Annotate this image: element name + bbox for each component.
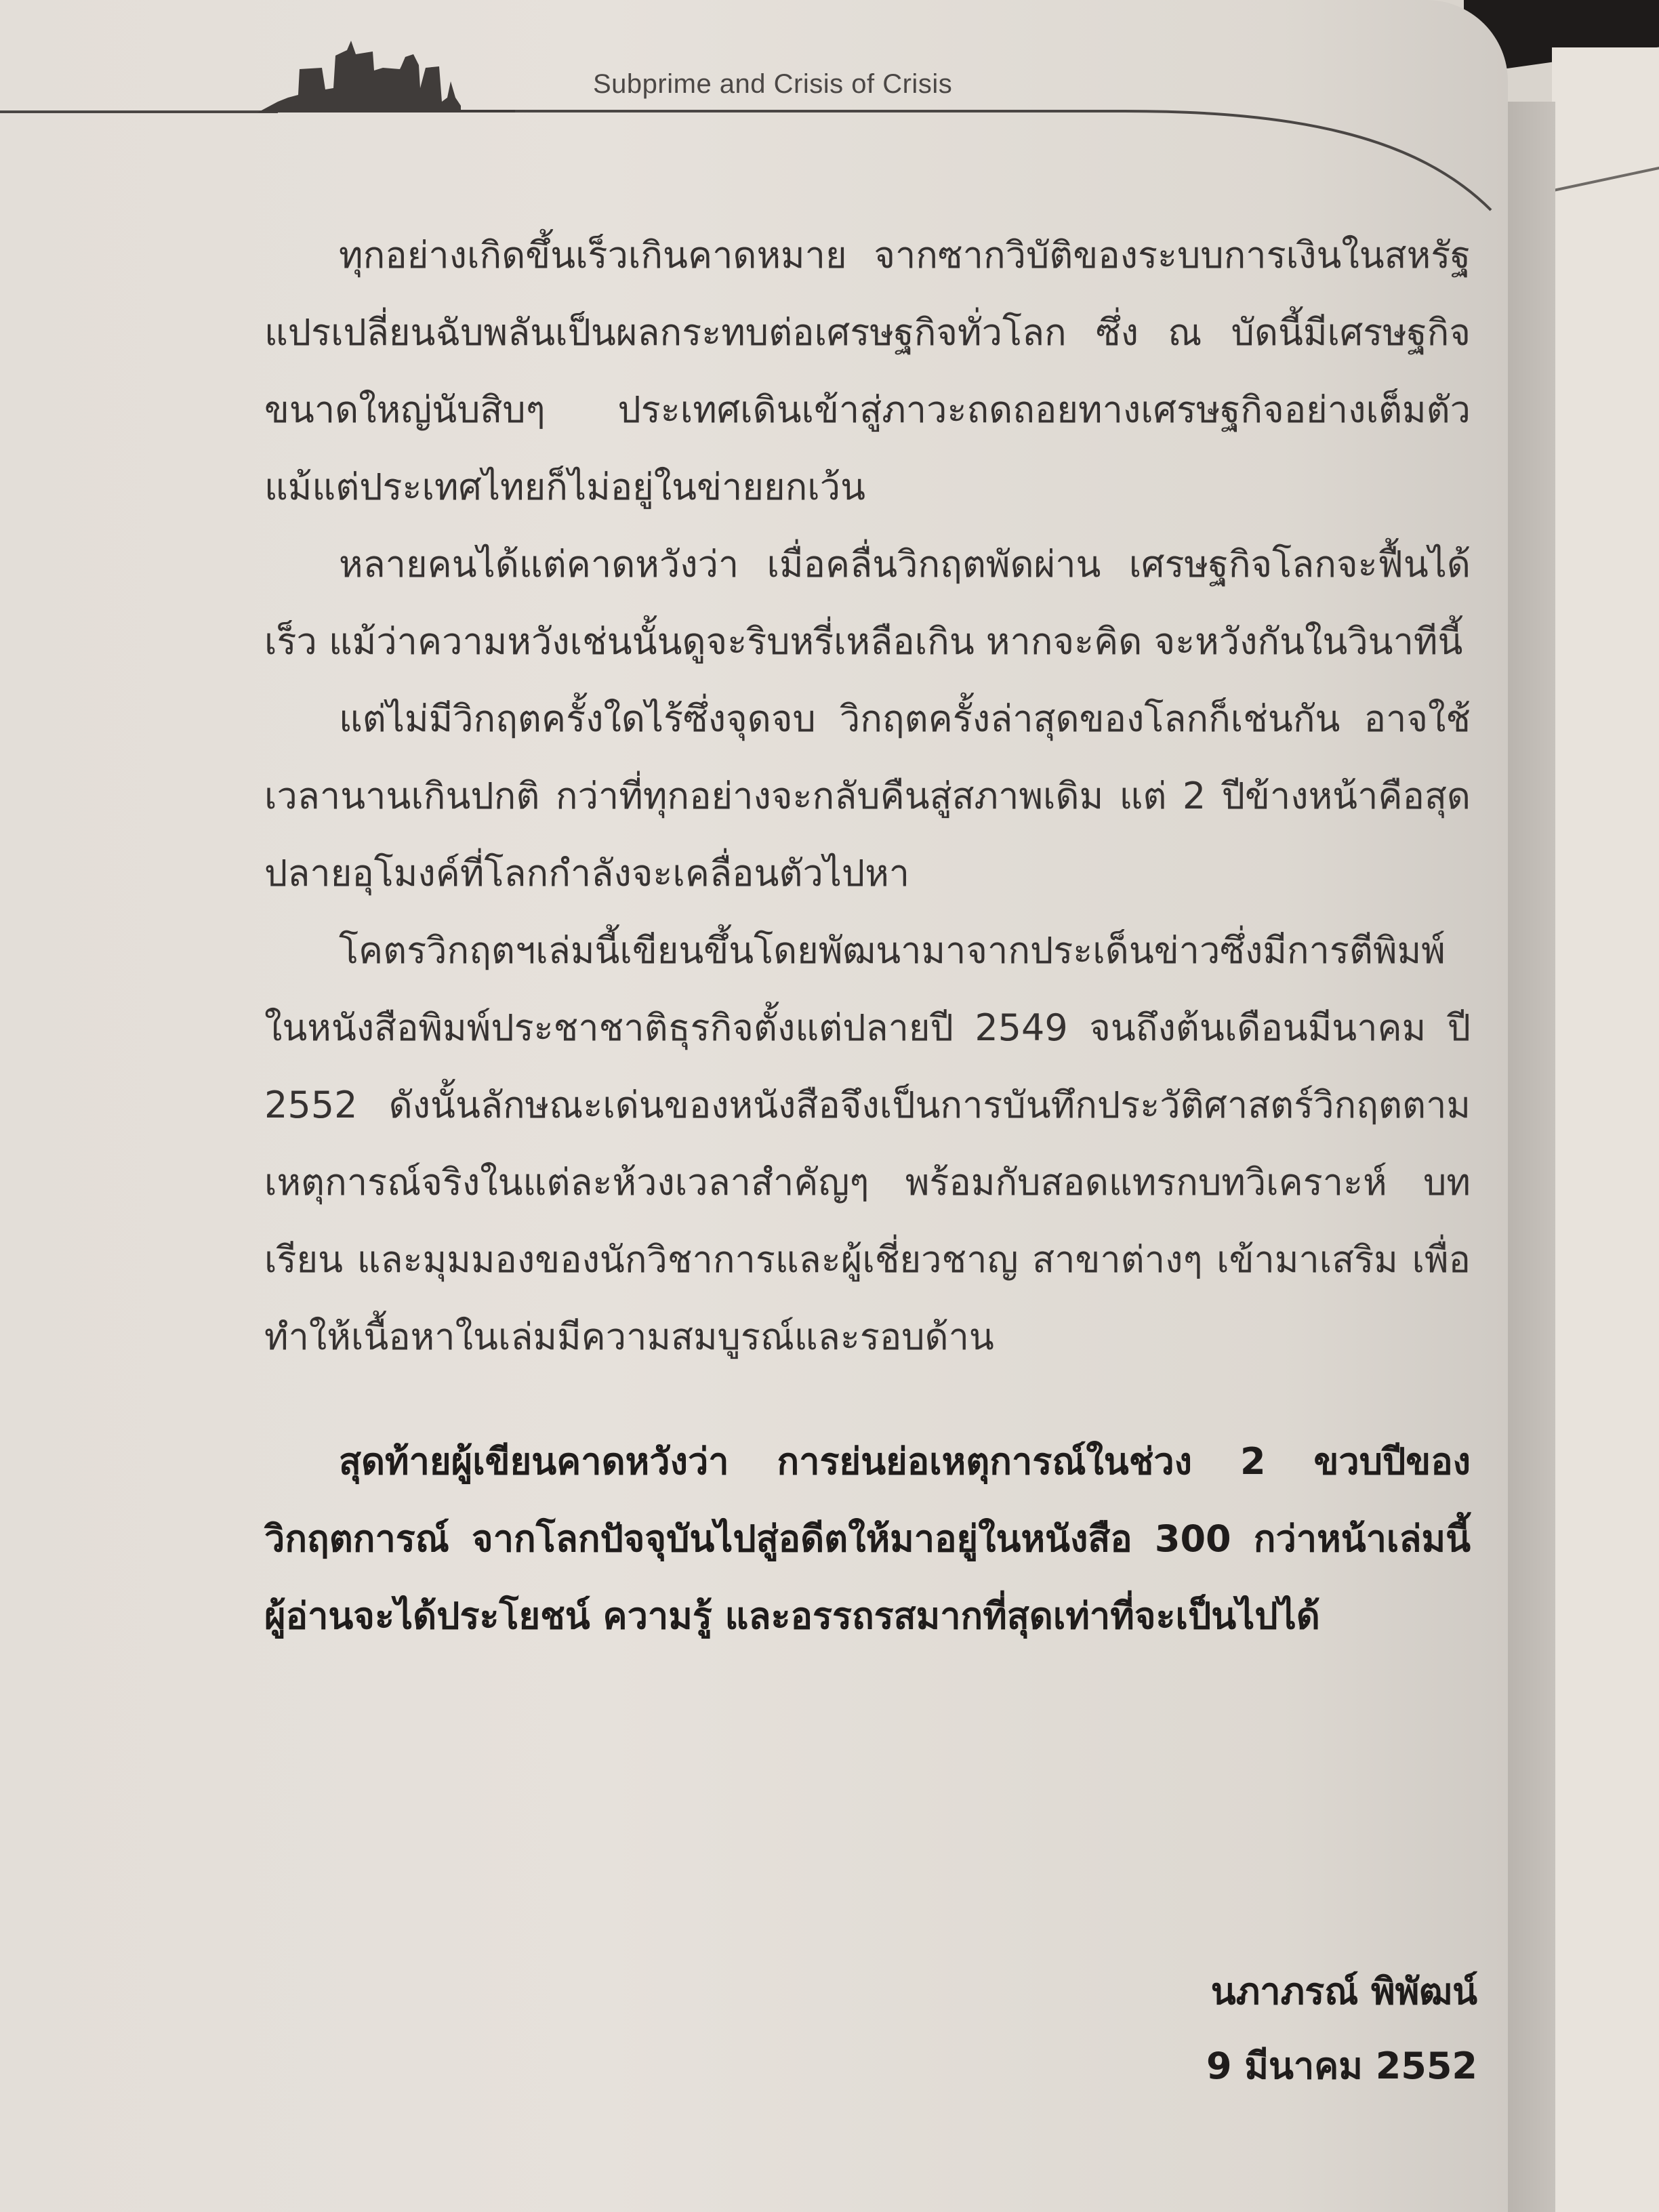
signature-date: 9 มีนาคม 2552 bbox=[1098, 2036, 1477, 2095]
paragraph-1: ทุกอย่างเกิดขึ้นเร็วเกินคาดหมาย จากซากวิ… bbox=[264, 217, 1471, 526]
page-edge-shadow bbox=[1508, 102, 1555, 2212]
author-name: นภาภรณ์ พิพัฒน์ bbox=[1098, 1962, 1477, 2020]
running-header: Subprime and Crisis of Crisis bbox=[0, 0, 1508, 203]
preface-body: ทุกอย่างเกิดขึ้นเร็วเกินคาดหมาย จากซากวิ… bbox=[264, 217, 1471, 1655]
closing-paragraph: สุดท้ายผู้เขียนคาดหวังว่า การย่นย่อเหตุก… bbox=[264, 1423, 1471, 1655]
paragraph-3: แต่ไม่มีวิกฤตครั้งใดไร้ซึ่งจุดจบ วิกฤตคร… bbox=[264, 680, 1471, 912]
paragraph-4: โคตรวิกฤตฯเล่มนี้เขียนขึ้นโดยพัฒนามาจากป… bbox=[264, 912, 1471, 1376]
city-skyline-icon bbox=[258, 27, 556, 115]
header-rule-left bbox=[0, 110, 278, 113]
paragraph-2: หลายคนได้แต่คาดหวังว่า เมื่อคลื่นวิกฤตพั… bbox=[264, 526, 1471, 680]
next-page-edge bbox=[1552, 47, 1659, 2212]
header-rule-curve bbox=[515, 95, 1504, 217]
book-page: Subprime and Crisis of Crisis ทุกอย่างเก… bbox=[0, 0, 1508, 2212]
